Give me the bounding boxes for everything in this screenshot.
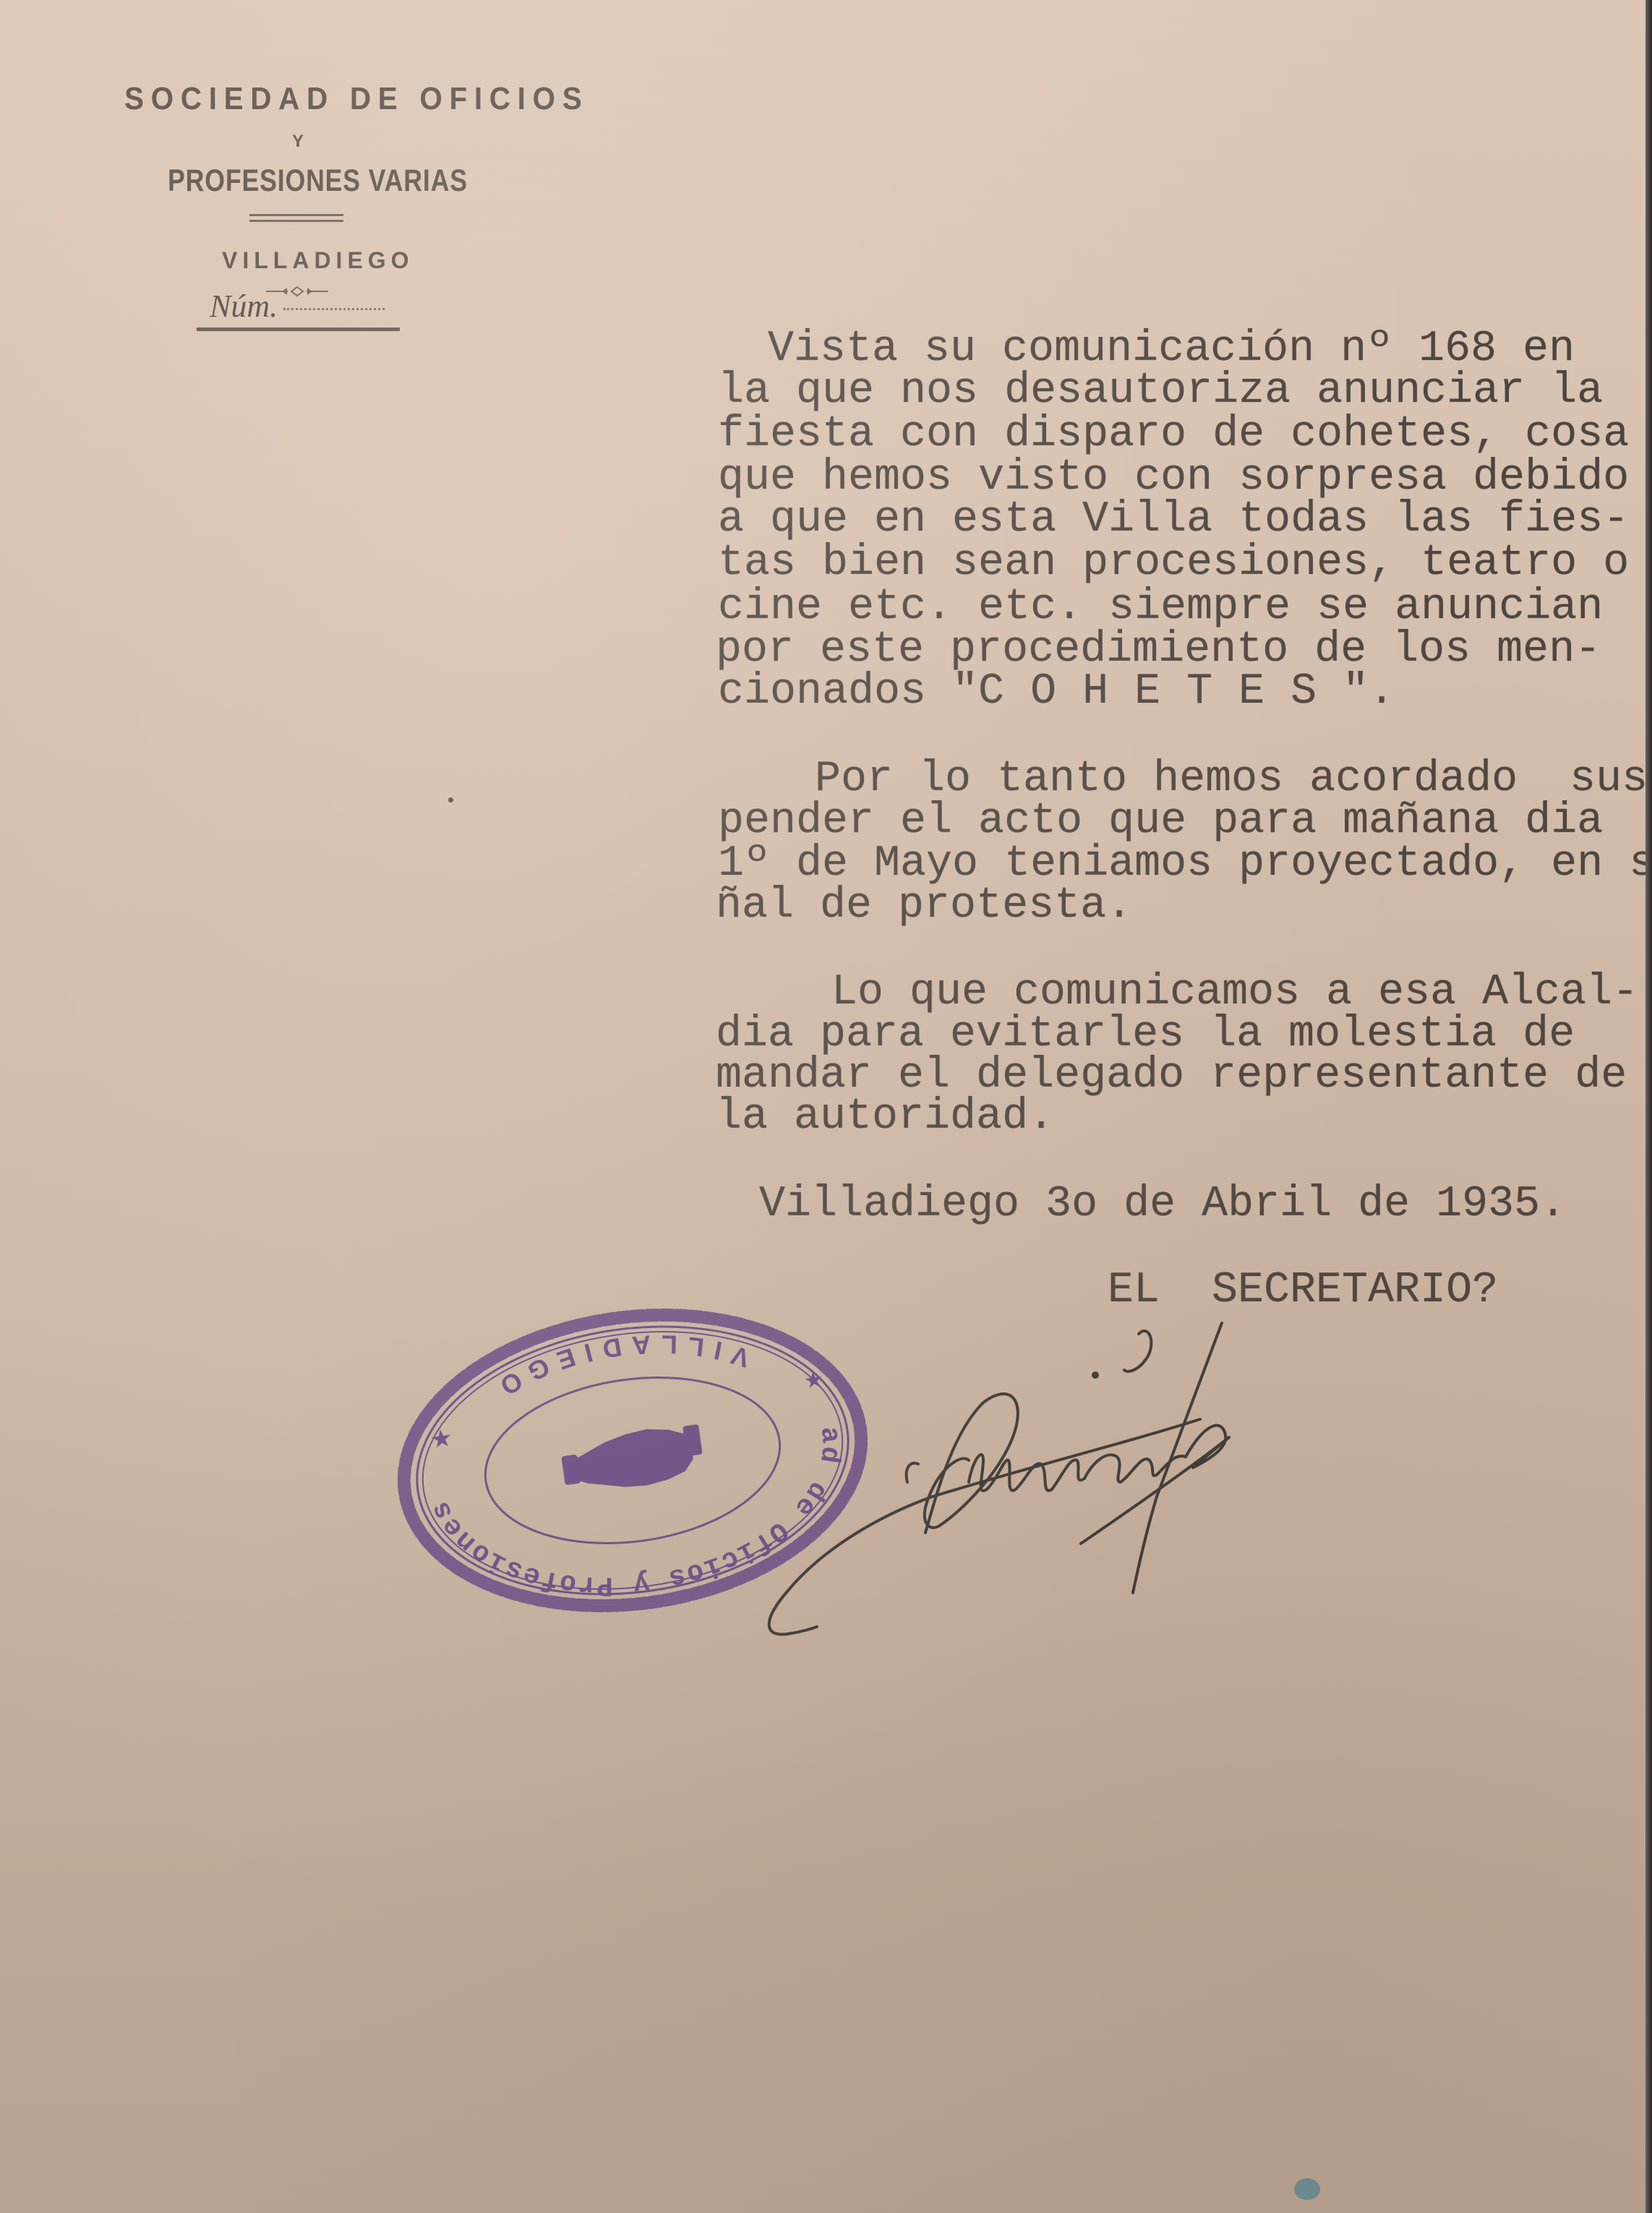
signatory-title: EL SECRETARIO? <box>1108 1269 1498 1312</box>
number-underline <box>197 328 400 331</box>
body-line: Vista su comunicación nº 168 en <box>768 328 1575 371</box>
svg-text:VILLADIEGO: VILLADIEGO <box>481 1314 756 1409</box>
letterhead-society-line2: PROFESIONES VARIAS <box>168 163 468 199</box>
body-line: fiesta con disparo de cohetes, cosa <box>718 413 1629 456</box>
body-line: ñal de protesta. <box>716 884 1132 928</box>
body-line: que hemos visto con sorpresa debido <box>718 456 1629 500</box>
letterhead-town: VILLADIEGO <box>222 247 414 274</box>
body-line: a que en esta Villa todas las fies- <box>718 498 1629 542</box>
body-line: cionados "C O H E T E S ". <box>718 670 1395 714</box>
letterhead-society-line1: SOCIEDAD DE OFICIOS <box>124 81 589 117</box>
number-dotted-line <box>283 308 385 310</box>
clasped-hands-icon <box>559 1422 706 1497</box>
body-line: dia para evitarles la molestia de <box>716 1013 1575 1056</box>
body-line: la que nos desautoriza anunciar la <box>718 369 1603 413</box>
body-line: tas bien sean procesiones, teatro o <box>718 542 1629 585</box>
body-line: pender el acto que para mañana dia <box>718 800 1603 843</box>
paper-speck <box>448 797 453 802</box>
body-line: cine etc. etc. siempre se anuncian <box>718 586 1603 629</box>
document-page: SOCIEDAD DE OFICIOS Y PROFESIONES VARIAS… <box>0 0 1645 2213</box>
body-line: mandar el delegado representante de <box>716 1054 1627 1097</box>
letterhead-double-rule-bottom <box>249 220 343 222</box>
body-line: por este procedimiento de los men- <box>716 628 1601 672</box>
number-label: Núm. <box>210 288 278 325</box>
body-line: Lo que comunicamos a esa Alcal- <box>831 971 1638 1014</box>
letterhead-double-rule-top <box>249 214 343 216</box>
body-line: Por lo tanto hemos acordado sus <box>815 758 1645 801</box>
page-edge-right <box>1645 0 1652 2213</box>
stamp-town-text: VILLADIEGO <box>481 1314 756 1409</box>
stamp-star-icon: ★ <box>429 1425 454 1455</box>
letterhead-conjunction: Y <box>292 132 304 152</box>
body-line: 1º de Mayo teniamos proyectado, en se <box>718 842 1645 886</box>
blue-ink-mark <box>1294 2178 1320 2200</box>
place-date: Villadiego 3o de Abril de 1935. <box>759 1183 1566 1226</box>
handwritten-signature <box>723 1316 1272 1648</box>
body-line: la autoridad. <box>716 1095 1054 1139</box>
